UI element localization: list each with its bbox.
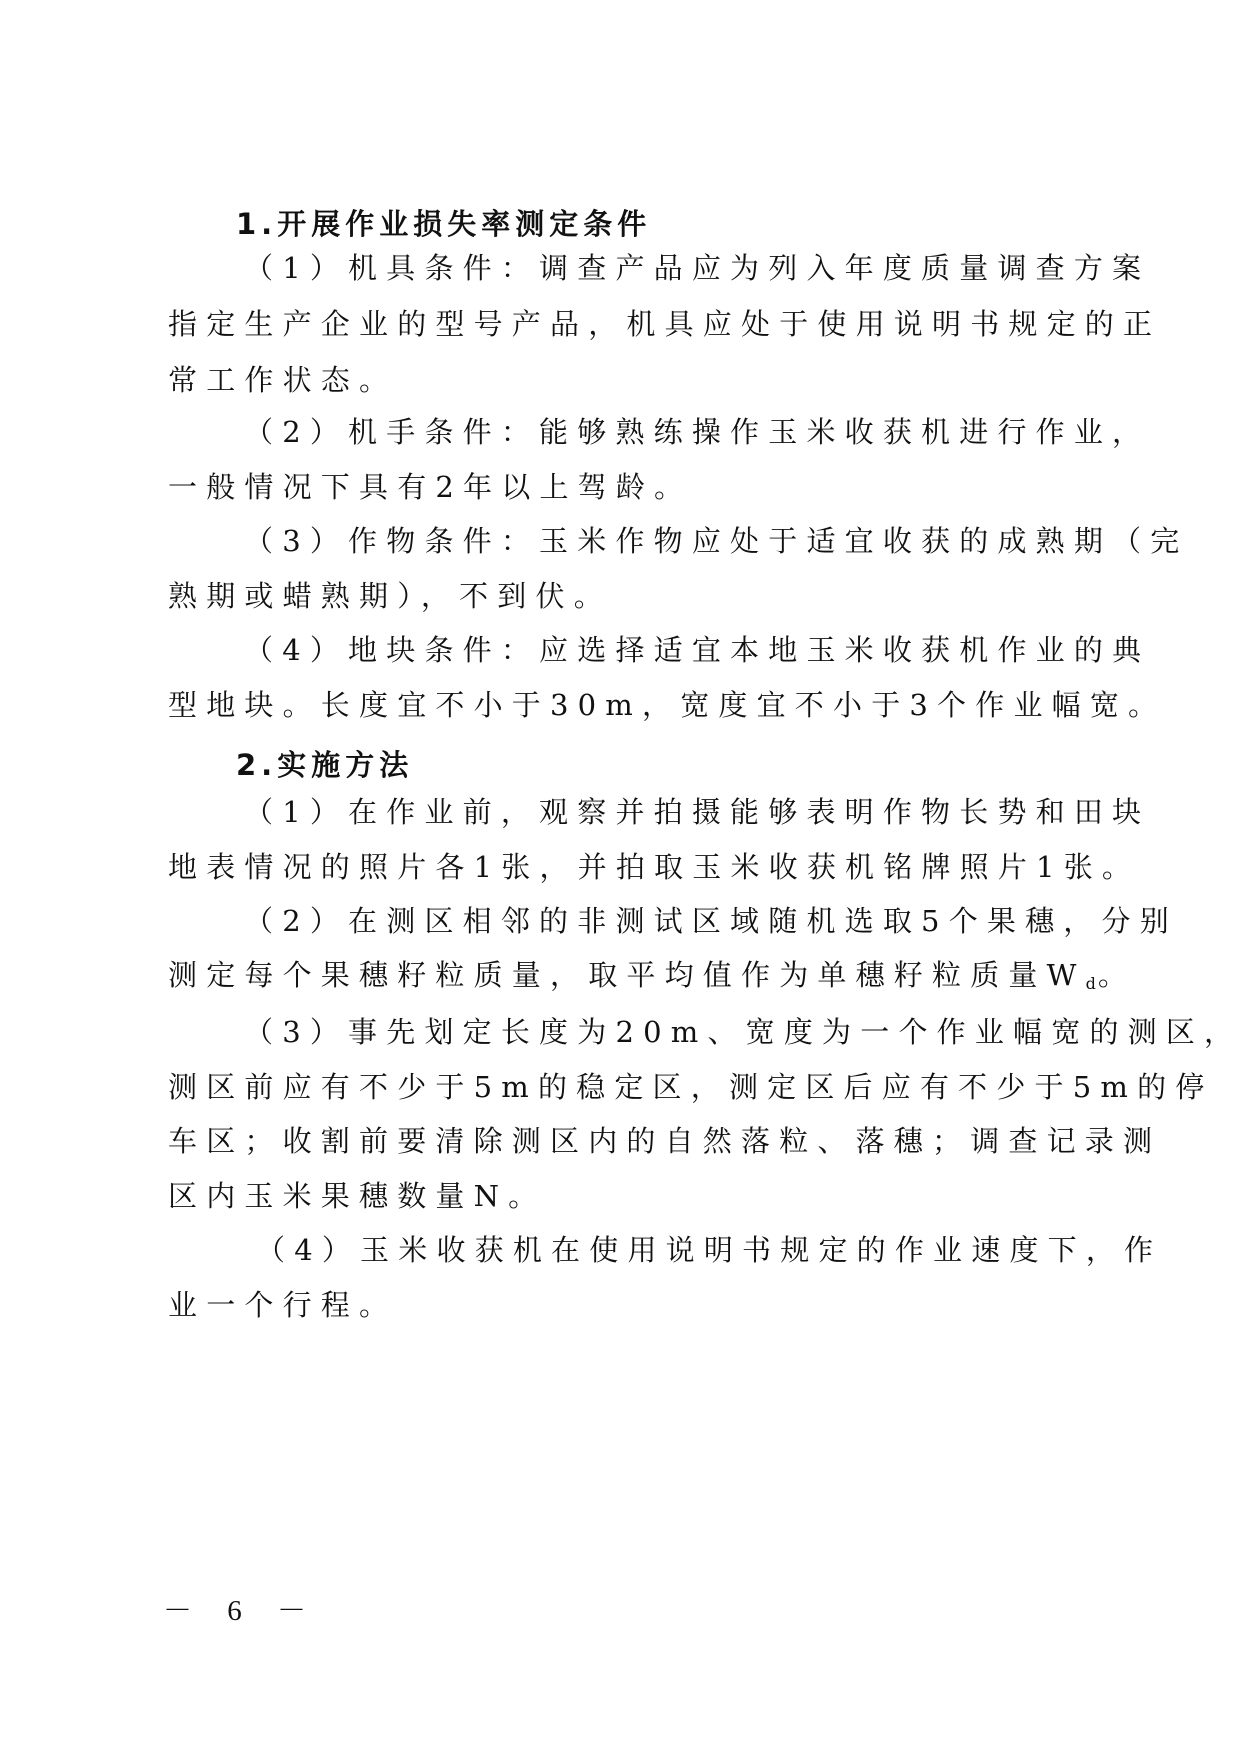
paragraph-line: 一般情况下具有2年以上驾龄。: [168, 467, 1068, 507]
paragraph-line: 测区前应有不少于5m的稳定区，测定区后应有不少于5m的停: [168, 1067, 1068, 1107]
paragraph-line: 地表情况的照片各1张，并拍取玉米收获机铭牌照片1张。: [168, 847, 1068, 887]
line-end-punct: 。: [1098, 958, 1136, 992]
section-2-heading: 2.实施方法: [236, 745, 1136, 785]
paragraph-line: 区内玉米果穗数量N。: [168, 1176, 1068, 1216]
paragraph-line-with-subscript: 测定每个果穗籽粒质量，取平均值作为单穗籽粒质量Wd。: [168, 955, 1068, 1004]
subscript-d: d: [1086, 974, 1098, 993]
paragraph-line: （4）玉米收获机在使用说明书规定的作业速度下，作: [256, 1230, 1156, 1270]
section-1-heading: 1.开展作业损失率测定条件: [236, 204, 1136, 244]
paragraph-line: （2）在测区相邻的非测试区域随机选取5个果穗，分别: [244, 901, 1144, 941]
paragraph-line: 指定生产企业的型号产品，机具应处于使用说明书规定的正: [168, 304, 1068, 344]
paragraph-line: 业一个行程。: [168, 1285, 1068, 1325]
paragraph-line: 型地块。长度宜不小于30m，宽度宜不小于3个作业幅宽。: [168, 685, 1068, 725]
paragraph-line: （3）作物条件：玉米作物应处于适宜收获的成熟期（完: [244, 521, 1144, 561]
paragraph-line: 常工作状态。: [168, 360, 1068, 400]
paragraph-line: （2）机手条件：能够熟练操作玉米收获机进行作业，: [244, 412, 1144, 452]
paragraph-line: （4）地块条件：应选择适宜本地玉米收获机作业的典: [244, 630, 1144, 670]
page-number: － 6 －: [163, 1588, 320, 1629]
paragraph-line: （1）在作业前，观察并拍摄能够表明作物长势和田块: [244, 792, 1144, 832]
document-page: 1.开展作业损失率测定条件 （1）机具条件：调查产品应为列入年度质量调查方案 指…: [0, 0, 1240, 1754]
paragraph-line: （3）事先划定长度为20m、宽度为一个作业幅宽的测区，: [244, 1012, 1144, 1052]
paragraph-line: 车区；收割前要清除测区内的自然落粒、落穗；调查记录测: [168, 1121, 1068, 1161]
paragraph-line: 熟期或蜡熟期），不到伏。: [168, 576, 1068, 616]
paragraph-line: （1）机具条件：调查产品应为列入年度质量调查方案: [244, 248, 1144, 288]
paragraph-text: 测定每个果穗籽粒质量，取平均值作为单穗籽粒质量W: [168, 958, 1086, 992]
